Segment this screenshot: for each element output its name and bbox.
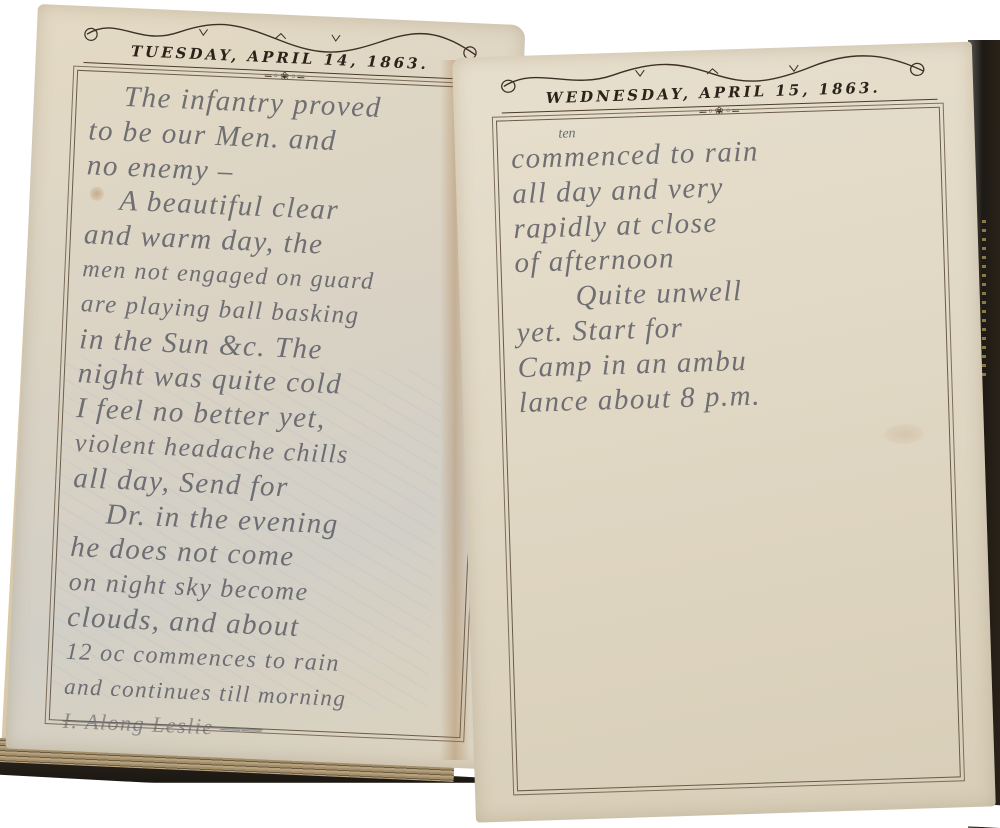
diary-photo: TUESDAY, APRIL 14, 1863. ═◦❀◦═ The infan… xyxy=(0,0,1000,828)
journal-entry-april-14: The infantry proved to be our Men. and n… xyxy=(62,78,482,756)
journal-entry-april-15: commenced to rain all day and very rapid… xyxy=(511,129,944,421)
right-page: WEDNESDAY, APRIL 15, 1863. ═◦❀◦═ ten com… xyxy=(452,42,996,823)
